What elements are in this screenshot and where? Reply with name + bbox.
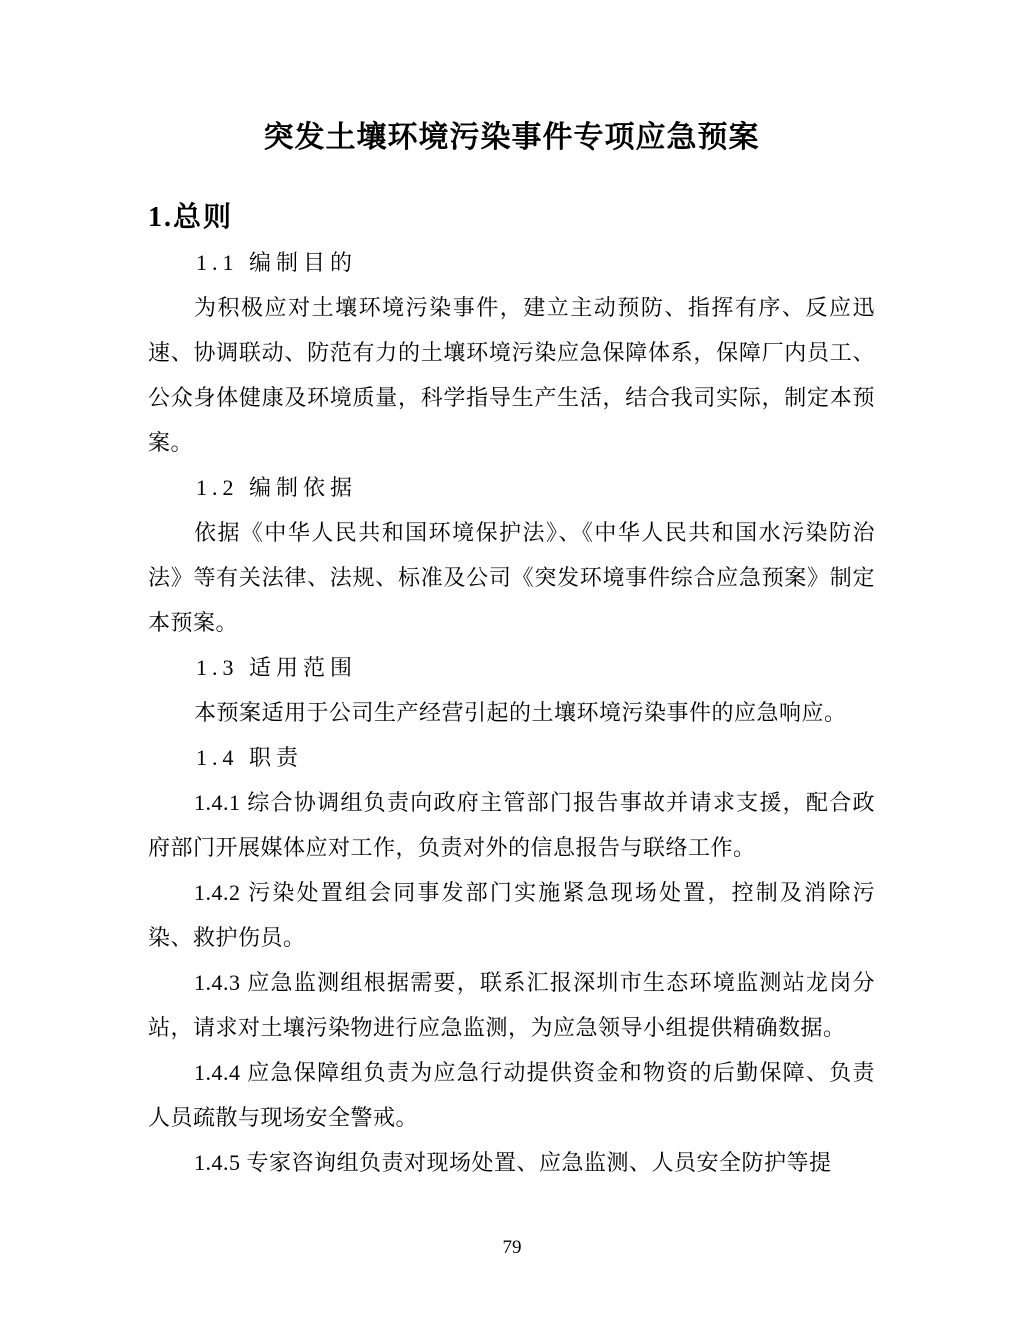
paragraph-scope: 本预案适用于公司生产经营引起的土壤环境污染事件的应急响应。	[148, 690, 875, 735]
paragraph-duty-1-4-2: 1.4.2 污染处置组会同事发部门实施紧急现场处置，控制及消除污染、救护伤员。	[148, 870, 875, 960]
document-title: 突发土壤环境污染事件专项应急预案	[148, 112, 875, 164]
paragraph-basis: 依据《中华人民共和国环境保护法》、《中华人民共和国水污染防治法》等有关法律、法规…	[148, 510, 875, 645]
paragraph-duty-1-4-1: 1.4.1 综合协调组负责向政府主管部门报告事故并请求支援，配合政府部门开展媒体…	[148, 780, 875, 870]
page-content: 突发土壤环境污染事件专项应急预案 1.总则 1.1 编制目的 为积极应对土壤环境…	[148, 0, 875, 1185]
subsection-heading-1-3: 1.3 适用范围	[148, 645, 875, 690]
subsection-heading-1-2: 1.2 编制依据	[148, 465, 875, 510]
subsection-heading-1-4: 1.4 职责	[148, 735, 875, 780]
paragraph-purpose: 为积极应对土壤环境污染事件，建立主动预防、指挥有序、反应迅速、协调联动、防范有力…	[148, 285, 875, 465]
page-number: 79	[0, 1236, 1024, 1260]
paragraph-duty-1-4-4: 1.4.4 应急保障组负责为应急行动提供资金和物资的后勤保障、负责人员疏散与现场…	[148, 1050, 875, 1140]
document-page: 突发土壤环境污染事件专项应急预案 1.总则 1.1 编制目的 为积极应对土壤环境…	[0, 0, 1024, 1325]
paragraph-duty-1-4-3: 1.4.3 应急监测组根据需要，联系汇报深圳市生态环境监测站龙岗分站，请求对土壤…	[148, 960, 875, 1050]
section-heading-zongze: 1.总则	[148, 195, 875, 240]
subsection-heading-1-1: 1.1 编制目的	[148, 240, 875, 285]
paragraph-duty-1-4-5: 1.4.5 专家咨询组负责对现场处置、应急监测、人员安全防护等提	[148, 1140, 875, 1185]
